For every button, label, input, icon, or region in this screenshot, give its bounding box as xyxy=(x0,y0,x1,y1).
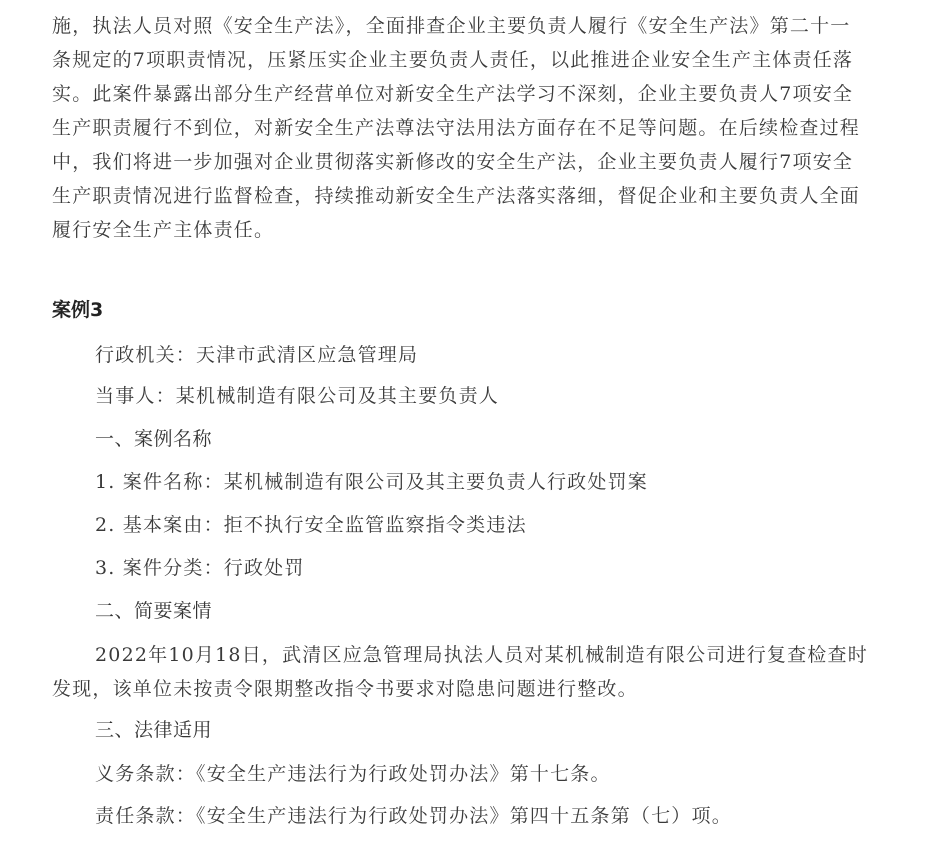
document-page: 施，执法人员对照《安全生产法》，全面排查企业主要负责人履行《安全生产法》第二十一… xyxy=(0,0,949,848)
case-category-item: 3. 案件分类：行政处罚 xyxy=(95,556,305,580)
liability-clause: 责任条款：《安全生产违法行为行政处罚办法》第四十五条第（七）项。 xyxy=(95,804,732,828)
brief-line-2: 发现，该单位未按责令限期整改指令书要求对隐患问题进行整改。 xyxy=(52,677,638,701)
intro-line-7: 履行安全生产主体责任。 xyxy=(52,218,274,242)
clipped-previous-line xyxy=(0,0,949,4)
intro-line-6: 生产职责情况进行监督检查，持续推动新安全生产法落实落细，督促企业和主要负责人全面 xyxy=(52,184,860,208)
brief-line-1: 2022年10月18日，武清区应急管理局执法人员对某机械制造有限公司进行复查检查… xyxy=(95,643,868,667)
case-name-item: 1. 案件名称：某机械制造有限公司及其主要负责人行政处罚案 xyxy=(95,470,648,494)
intro-line-5: 中，我们将进一步加强对企业贯彻落实新修改的安全生产法，企业主要负责人履行7项安全 xyxy=(52,150,853,174)
intro-line-1: 施，执法人员对照《安全生产法》，全面排查企业主要负责人履行《安全生产法》第二十一 xyxy=(52,14,851,38)
party: 当事人：某机械制造有限公司及其主要负责人 xyxy=(95,384,499,408)
intro-line-3: 实。此案件暴露出部分生产经营单位对新安全生产法学习不深刻，企业主要负责人7项安全 xyxy=(52,82,853,106)
administrative-authority: 行政机关：天津市武清区应急管理局 xyxy=(95,343,418,367)
section-brief-heading: 二、简要案情 xyxy=(95,599,212,623)
case-cause-item: 2. 基本案由：拒不执行安全监管监察指令类违法 xyxy=(95,513,527,537)
obligation-clause: 义务条款：《安全生产违法行为行政处罚办法》第十七条。 xyxy=(95,762,611,786)
case-title: 案例3 xyxy=(52,298,103,322)
intro-line-2: 条规定的7项职责情况，压紧压实企业主要负责人责任，以此推进企业安全生产主体责任落 xyxy=(52,48,853,72)
section-case-name-heading: 一、案例名称 xyxy=(95,427,212,451)
section-law-heading: 三、法律适用 xyxy=(95,718,212,742)
intro-line-4: 生产职责履行不到位，对新安全生产法尊法守法用法方面存在不足等问题。在后续检查过程 xyxy=(52,116,860,140)
